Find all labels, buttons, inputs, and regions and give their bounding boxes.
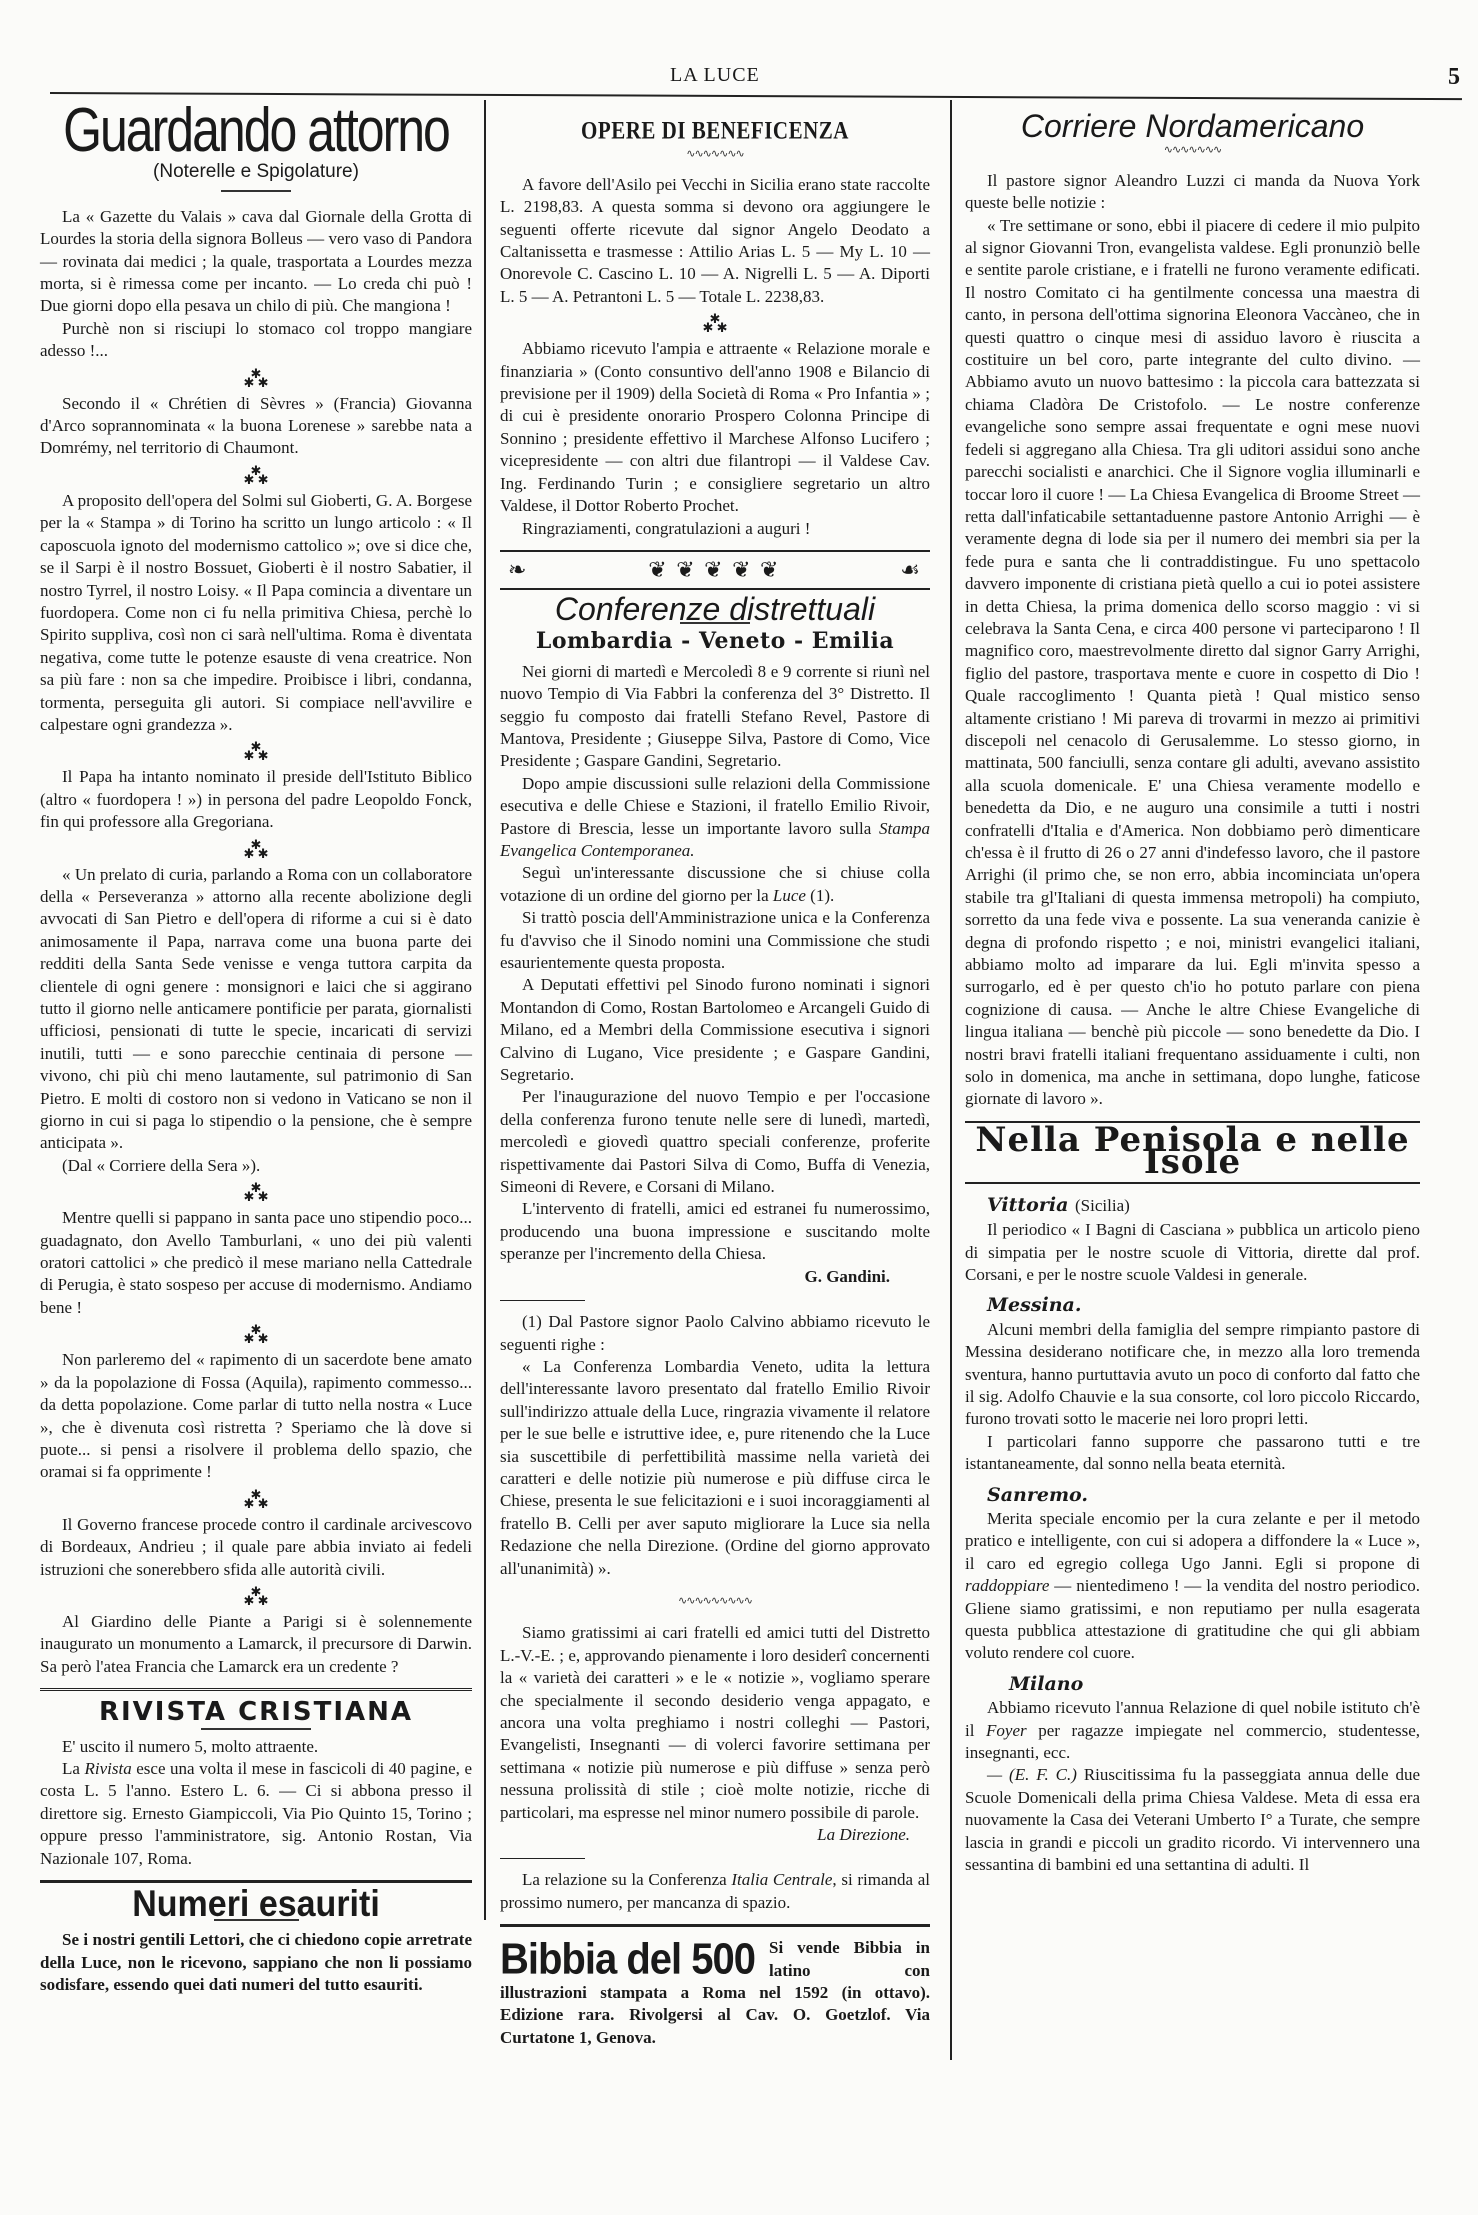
ornamental-band: ❧ ❦ ❦ ❦ ❦ ❦ ☙ (500, 550, 930, 590)
ad-title: Bibbia del 500 (500, 1935, 755, 1983)
paragraph: Il pastore signor Aleandro Luzzi ci mand… (965, 170, 1420, 215)
masthead: LA LUCE 5 (50, 58, 1410, 98)
asterism-separator: ✱✱ ✱ (40, 1490, 472, 1508)
note-rule (500, 1858, 585, 1859)
column-divider-left (484, 100, 486, 1920)
note-paragraph: La relazione su la Conferenza Italia Cen… (500, 1869, 930, 1914)
column-middle: OPERE DI BENEFICENZA ∿∿∿∿∿∿∿ A favore de… (500, 105, 930, 2049)
paragraph: A favore dell'Asilo pei Vecchi in Sicili… (500, 174, 930, 308)
paragraph: Il Papa ha intanto nominato il preside d… (40, 766, 472, 833)
conferenze-subtitle: Lombardia - Veneto - Emilia (500, 630, 930, 652)
paragraph: Secondo il « Chrétien di Sèvres » (Franc… (40, 393, 472, 460)
asterism-separator: ✱✱ ✱ (40, 742, 472, 760)
section-title-opere: OPERE DI BENEFICENZA (500, 117, 930, 144)
paragraph: Abbiamo ricevuto l'annua Relazione di qu… (965, 1697, 1420, 1764)
section-title-numeri: Numeri esauriti (40, 1892, 472, 1917)
paragraph: (Dal « Corriere della Sera »). (40, 1155, 472, 1177)
article-title-guardando: Guardando attorno (40, 116, 472, 144)
asterism-separator: ✱✱ ✱ (40, 466, 472, 484)
advertisement-bibbia: Bibbia del 500 Si vende Bibbia in latino… (500, 1937, 930, 2049)
scroll-ornament-icon: ❧ (508, 559, 528, 581)
scroll-ornament-icon: ☙ (900, 559, 922, 581)
leaf-ornament-icon: ❦ ❦ ❦ ❦ ❦ (648, 559, 780, 581)
place-heading-messina: Messina. (987, 1294, 1420, 1316)
place-heading-vittoria: Vittoria (Sicilia) (987, 1194, 1420, 1217)
paragraph: « Un prelato di curia, parlando a Roma c… (40, 864, 472, 1155)
place-heading-milano: Milano (1009, 1673, 1420, 1695)
asterism-separator: ✱✱ ✱ (40, 1183, 472, 1201)
asterism-separator: ✱✱ ✱ (40, 1587, 472, 1605)
newspaper-page: LA LUCE 5 Guardando attorno (Noterelle e… (0, 0, 1478, 2215)
column-divider-right (950, 100, 952, 2060)
paragraph: « Tre settimane or sono, ebbi il piacere… (965, 215, 1420, 1111)
paragraph: Seguì un'interessante discussione che si… (500, 862, 930, 907)
paragraph: Il periodico « I Bagni di Casciana » pub… (965, 1219, 1420, 1286)
paragraph: Merita speciale encomio per la cura zela… (965, 1508, 1420, 1665)
paragraph: Al Giardino delle Piante a Parigi si è s… (40, 1611, 472, 1678)
footnote-rule (500, 1300, 585, 1301)
signature: La Direzione. (500, 1824, 930, 1846)
paragraph: Si trattò poscia dell'Amministrazione un… (500, 907, 930, 974)
asterism-separator: ✱✱ ✱ (40, 840, 472, 858)
footnote-paragraph: « La Conferenza Lombardia Veneto, udita … (500, 1356, 930, 1580)
asterism-separator: ✱✱ ✱ (500, 314, 930, 332)
paragraph: Dopo ampie discussioni sulle relazioni d… (500, 773, 930, 863)
paragraph: Purchè non si risciupi lo stomaco col tr… (40, 318, 472, 363)
direzione-paragraph: Siamo gratissimi ai cari fratelli ed ami… (500, 1622, 930, 1824)
paragraph: Ringraziamenti, congratulazioni a auguri… (500, 518, 930, 540)
paragraph: — (E. F. C.) Riuscitissima fu la passegg… (965, 1764, 1420, 1876)
asterism-separator: ✱✱ ✱ (40, 369, 472, 387)
wavy-rule: ∿∿∿∿∿∿∿∿∿ (500, 1590, 930, 1612)
rivista-paragraph: E' uscito il numero 5, molto attraente. (40, 1736, 472, 1758)
signature: G. Gandini. (500, 1266, 930, 1288)
wavy-rule: ∿∿∿∿∿∿∿ (500, 143, 930, 165)
paragraph: Non parleremo del « rapimento di un sace… (40, 1349, 472, 1483)
page-number: 5 (1448, 64, 1460, 91)
section-title-nella: Nella Penisola e nelle Isole (965, 1121, 1420, 1184)
paragraph: I particolari fanno supporre che passaro… (965, 1431, 1420, 1476)
section-title-rivista: RIVISTA CRISTIANA (40, 1701, 472, 1723)
paragraph: Per l'inaugurazione del nuovo Tempio e p… (500, 1086, 930, 1198)
paragraph: La « Gazette du Valais » cava dal Giorna… (40, 206, 472, 318)
paragraph: Nei giorni di martedì e Mercoledì 8 e 9 … (500, 661, 930, 773)
asterism-separator: ✱✱ ✱ (40, 1325, 472, 1343)
paragraph: Abbiamo ricevuto l'ampia e attraente « R… (500, 338, 930, 517)
section-title-corriere: Corriere Nordamericano (965, 115, 1420, 137)
column-right: Corriere Nordamericano ∿∿∿∿∿∿∿ Il pastor… (965, 105, 1420, 1876)
paragraph: Il Governo francese procede contro il ca… (40, 1514, 472, 1581)
paragraph: A Deputati effettivi pel Sinodo furono n… (500, 974, 930, 1086)
paragraph: A proposito dell'opera del Solmi sul Gio… (40, 490, 472, 736)
paragraph: L'intervento di fratelli, amici ed estra… (500, 1198, 930, 1265)
section-rule (40, 1688, 472, 1691)
numeri-paragraph: Se i nostri gentili Lettori, che ci chie… (40, 1929, 472, 1996)
footnote-paragraph: (1) Dal Pastore signor Paolo Calvino abb… (500, 1311, 930, 1356)
newspaper-title: LA LUCE (670, 64, 760, 87)
rivista-paragraph: La Rivista esce una volta il mese in fas… (40, 1758, 472, 1870)
section-title-conferenze: Conferenze distrettuali (500, 598, 930, 620)
paragraph: Mentre quelli si pappano in santa pace u… (40, 1207, 472, 1319)
title-rule (221, 190, 291, 192)
title-rule (201, 1728, 311, 1730)
place-heading-sanremo: Sanremo. (987, 1484, 1420, 1506)
ad-rule (500, 1924, 930, 1927)
paragraph: Alcuni membri della famiglia del sempre … (965, 1319, 1420, 1431)
column-left: Guardando attorno (Noterelle e Spigolatu… (40, 105, 472, 1997)
